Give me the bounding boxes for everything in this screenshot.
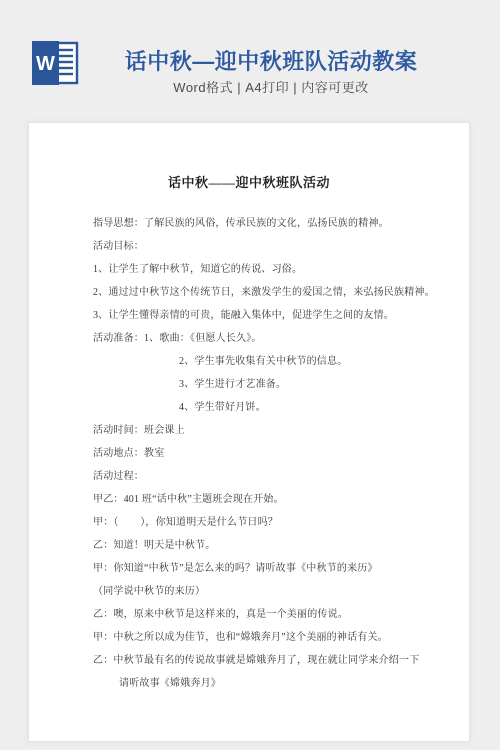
paragraph-line: 活动地点：教室 [93, 442, 443, 465]
paragraph-line: 3、让学生懂得亲情的可贵，能融入集体中，促进学生之间的友情。 [93, 304, 443, 327]
svg-text:W: W [36, 53, 55, 75]
paragraph-line: 甲：（ ），你知道明天是什么节日吗？ [93, 511, 443, 534]
paragraph-line: 活动准备：1、歌曲：《但愿人长久》。 [93, 327, 443, 350]
paragraph-line: 2、学生事先收集有关中秋节的信息。 [93, 350, 443, 373]
paragraph-line: 指导思想：了解民族的风俗，传承民族的文化，弘扬民族的精神。 [93, 212, 443, 235]
paragraph-line: 甲乙：401 班“话中秋”主题班会现在开始。 [93, 488, 443, 511]
paragraph-line: 乙：知道！明天是中秋节。 [93, 534, 443, 557]
document-title: 话中秋——迎中秋班队活动 [29, 176, 469, 190]
paragraph-line: 活动过程： [93, 465, 443, 488]
paragraph-line: 4、学生带好月饼。 [93, 396, 443, 419]
document-body: 指导思想：了解民族的风俗，传承民族的文化，弘扬民族的精神。活动目标：1、让学生了… [29, 212, 469, 695]
page-title: 话中秋—迎中秋班队活动教案 [70, 45, 472, 76]
page-subtitle: Word格式 | A4打印 | 内容可更改 [70, 77, 472, 96]
paragraph-line: 活动目标： [93, 235, 443, 258]
paragraph-line: 1、让学生了解中秋节，知道它的传说、习俗。 [93, 258, 443, 281]
paragraph-line: 请听故事《嫦娥奔月》 [93, 672, 443, 695]
paragraph-line: 甲：中秋之所以成为佳节，也和“嫦娥奔月”这个美丽的神话有关。 [93, 626, 443, 649]
paragraph-line: 2、通过过中秋节这个传统节日，来激发学生的爱国之情，来弘扬民族精神。 [93, 281, 443, 304]
header: W 话中秋—迎中秋班队活动教案 Word格式 | A4打印 | 内容可更改 [0, 0, 500, 122]
paragraph-line: （同学说中秋节的来历） [93, 580, 443, 603]
paragraph-line: 3、学生进行才艺准备。 [93, 373, 443, 396]
paragraph-line: 甲：你知道“中秋节”是怎么来的吗？请听故事《中秋节的来历》 [93, 557, 443, 580]
paragraph-line: 活动时间：班会课上 [93, 419, 443, 442]
document-page: 话中秋——迎中秋班队活动 指导思想：了解民族的风俗，传承民族的文化，弘扬民族的精… [28, 122, 470, 742]
paragraph-line: 乙：噢，原来中秋节是这样来的，真是一个美丽的传说。 [93, 603, 443, 626]
paragraph-line: 乙：中秋节最有名的传说故事就是嫦娥奔月了，现在就让同学来介绍一下 [93, 649, 443, 672]
